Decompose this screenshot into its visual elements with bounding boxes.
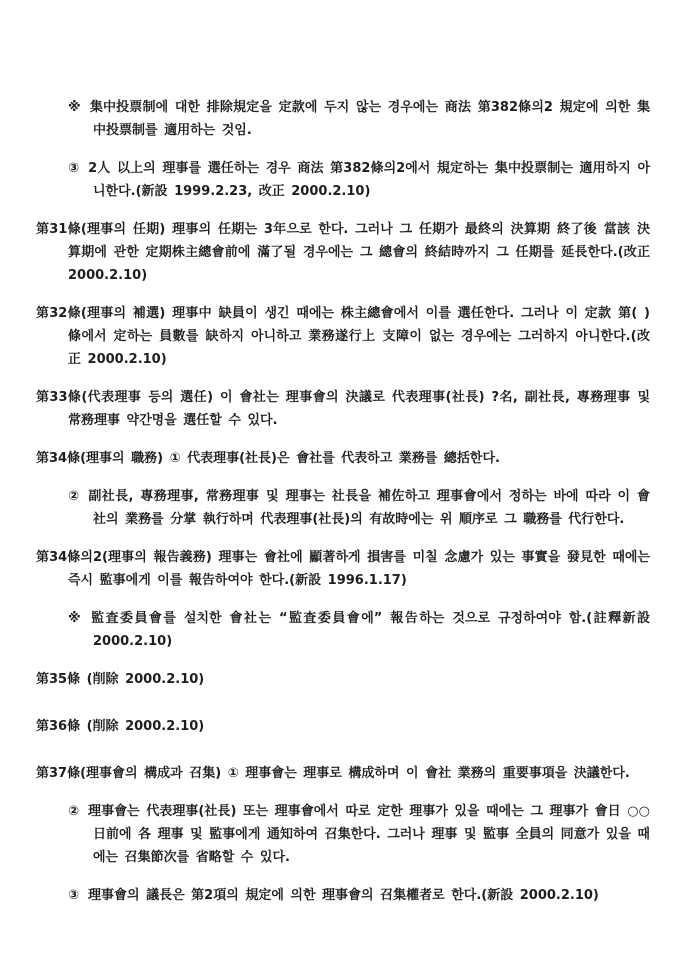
paragraph-text: 第36條 (削除 2000.2.10) [36, 719, 204, 734]
paragraph-text: 監査委員會를 설치한 會社는 “監査委員會에” 報告하는 것으로 규정하여야 함… [91, 611, 650, 649]
article-37-para-2: ②理事會는 代表理事(社長) 또는 理事會에서 따로 定한 理事가 있을 때에는… [68, 800, 650, 869]
paragraph-text: 2人 以上의 理事를 選任하는 경우 商法 第382條의2에서 規定하는 集中投… [88, 161, 650, 199]
item-number-marker: ② [68, 804, 79, 819]
paragraph-text: 第34條(理事의 職務) ① 代表理事(社長)은 會社를 代表하고 業務를 總括… [36, 451, 500, 466]
article-31-term-of-directors: 第31條(理事의 任期) 理事의 任期는 3年으로 한다. 그러나 그 任期가 … [36, 218, 650, 287]
paragraph-text: 第35條 (削除 2000.2.10) [36, 672, 204, 687]
article-33-election-of-representative-director: 第33條(代表理事 등의 選任) 이 會社는 理事會의 決議로 代表理事(社長)… [36, 386, 650, 432]
document-page: ※集中投票制에 대한 排除規定을 定款에 두지 않는 경우에는 商法 第382條… [0, 0, 680, 962]
paragraph-text: 第32條(理事의 補選) 理事中 缺員이 생긴 때에는 株主總會에서 이를 選任… [36, 306, 650, 367]
article-34-para-2: ②副社長, 專務理事, 常務理事 및 理事는 社長을 補佐하고 理事會에서 정하… [68, 485, 650, 531]
sub-para-3-cumulative-voting: ③2人 以上의 理事를 選任하는 경우 商法 第382條의2에서 規定하는 集中… [68, 157, 650, 203]
paragraph-text: 第37條(理事會의 構成과 召集) ① 理事會는 理事로 構成하며 이 會社 業… [36, 766, 630, 781]
article-37-para-3: ③理事會의 議長은 第2項의 規定에 의한 理事會의 召集權者로 한다.(新設 … [68, 884, 650, 907]
paragraph-text: 理事會의 議長은 第2項의 規定에 의한 理事會의 召集權者로 한다.(新設 2… [88, 888, 599, 903]
item-number-marker: ③ [68, 161, 79, 176]
note-cumulative-voting: ※集中投票制에 대한 排除規定을 定款에 두지 않는 경우에는 商法 第382條… [68, 96, 650, 142]
article-32-by-election-of-directors: 第32條(理事의 補選) 理事中 缺員이 생긴 때에는 株主總會에서 이를 選任… [36, 302, 650, 371]
paragraph-text: 第33條(代表理事 등의 選任) 이 會社는 理事會의 決議로 代表理事(社長)… [36, 390, 650, 428]
paragraph-text: 第31條(理事의 任期) 理事의 任期는 3年으로 한다. 그러나 그 任期가 … [36, 222, 650, 283]
article-34-2-reporting-duty: 第34條의2(理事의 報告義務) 理事는 會社에 顯著하게 損害를 미칠 念慮가… [36, 546, 650, 592]
item-number-marker: ③ [68, 888, 79, 903]
article-34-duties-of-directors: 第34條(理事의 職務) ① 代表理事(社長)은 會社를 代表하고 業務를 總括… [36, 447, 650, 470]
note-marker: ※ [68, 611, 82, 626]
note-audit-committee: ※監査委員會를 설치한 會社는 “監査委員會에” 報告하는 것으로 규정하여야 … [68, 607, 650, 653]
article-37-board-composition: 第37條(理事會의 構成과 召集) ① 理事會는 理事로 構成하며 이 會社 業… [36, 762, 650, 785]
note-marker: ※ [68, 100, 81, 115]
paragraph-text: 集中投票制에 대한 排除規定을 定款에 두지 않는 경우에는 商法 第382條의… [90, 100, 650, 138]
article-35-deleted: 第35條 (削除 2000.2.10) [36, 668, 650, 691]
paragraph-text: 副社長, 專務理事, 常務理事 및 理事는 社長을 補佐하고 理事會에서 정하는… [88, 489, 650, 527]
item-number-marker: ② [68, 489, 79, 504]
paragraph-text: 理事會는 代表理事(社長) 또는 理事會에서 따로 定한 理事가 있을 때에는 … [88, 804, 650, 865]
article-36-deleted: 第36條 (削除 2000.2.10) [36, 715, 650, 738]
paragraph-text: 第34條의2(理事의 報告義務) 理事는 會社에 顯著하게 損害를 미칠 念慮가… [36, 550, 650, 588]
